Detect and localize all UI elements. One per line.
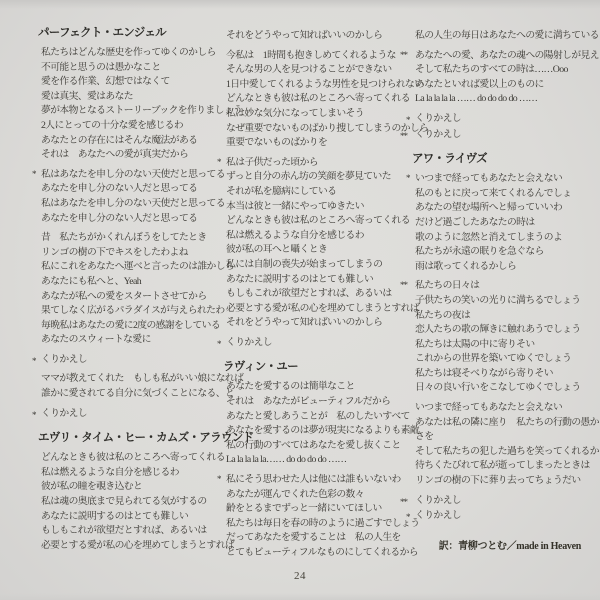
lyric-line: 私の人生の毎日はあなたへの愛に満ちている <box>415 29 595 44</box>
song-title: エヴリ・タイム・ヒー・カムズ・アラウンド <box>38 429 241 445</box>
lyric-line: 私には自制の喪失が始まってしまうの <box>226 258 426 273</box>
lyric-line: 齢をとるまでずっと一緒にいてほしい <box>226 502 426 517</box>
asterisk-marker: ** <box>400 495 407 510</box>
refrain-label: くりかえし <box>415 510 461 521</box>
lyric-line: あなたの望む場所へと帰っていいわ <box>415 201 595 216</box>
lyric-line: 私はあなたを申し分のない天使だと思ってる <box>41 168 241 183</box>
lyric-line: 私たちの日々は <box>415 279 595 294</box>
asterisk-marker: ** <box>400 50 407 60</box>
lyric-line: 果てしなく広がるパラダイスが与えられたわ <box>41 304 241 319</box>
lyric-line: それが私を臆病にしている <box>226 185 426 200</box>
lyric-line: それをどうやって知ればいいのかしら <box>226 316 426 331</box>
lyric-line: 毎晩私はあなたの愛に2度の感謝をしている <box>41 319 241 334</box>
lyric-line: 歌のように忽然と消えてしまうのよ <box>415 231 595 246</box>
lyric-line: あなたに説明するのはとても難しい <box>41 510 241 525</box>
refrain-label: くりかえし <box>415 113 461 124</box>
lyric-line: ずっと自分の赤ん坊の笑顔を夢見ていた <box>226 170 426 185</box>
lyric-line: 私たちの夜は <box>415 309 595 324</box>
lyric-line: 必要とする愛が私の心を埋めてしまうとすれば <box>226 302 426 317</box>
asterisk-marker: * <box>32 408 36 423</box>
lyric-line: リンゴの樹の下に葬り去ってちょうだい <box>415 474 595 489</box>
lyric-line: 私は魂の奥底まで見られてる気がするの <box>41 495 241 510</box>
lyric-line: 今私は 1時間も抱きしめてくれるような <box>226 49 426 64</box>
asterisk-marker: * <box>32 354 36 369</box>
lyric-line: 私は燃えるような自分を感じるわ <box>226 229 426 244</box>
stanza: 私の人生の毎日はあなたへの愛に満ちている <box>415 29 595 44</box>
lyric-line: 愛を作る作業、幻想ではなくて <box>41 75 241 90</box>
lyric-line: 私たちは寝そべりながら寄りそい <box>415 367 595 382</box>
lyric-line: どんなときも彼は私のところへ寄ってくれる <box>41 451 241 466</box>
refrain-line: *くりかえし <box>226 336 426 351</box>
lyric-line: 彼が私の瞳を覗き込むと <box>41 480 241 495</box>
stanza: **あなたへの愛、あなたの魂への陽射しが見えるそして私たちのすべての時は……Oo… <box>415 49 595 107</box>
stanza: ママが教えてくれた もしも私がいい娘になれば誰かに愛されてる自分に気づくことにな… <box>41 372 241 401</box>
lyric-line: どんなときも彼は私のところへ寄ってくれる <box>226 214 426 229</box>
lyric-line: それは あなたがビューティフルだから <box>226 395 426 410</box>
lyric-line: あなたを愛するのは簡単なこと <box>226 380 426 395</box>
lyric-line: 1日中愛してくれるような男性を見つけられない <box>226 78 426 93</box>
stanza: *私はあなたを申し分のない天使だと思ってるあなたを申し分のない人だと思ってる私は… <box>41 168 241 226</box>
stanza: **私たちの日々は子供たちの笑いの光りに満ちるでしょう私たちの夜は恋人たちの歌の… <box>415 279 595 396</box>
lyric-line: 私は燃えるような自分を感じるわ <box>41 466 241 481</box>
lyric-line: あなたを申し分のない人だと思ってる <box>41 182 241 197</box>
asterisk-marker: * <box>406 173 410 183</box>
lyric-line: そんな男の人を見つけることができない <box>226 63 426 78</box>
lyric-line: La la la la la …… do do do do …… <box>415 92 595 107</box>
lyric-line: いつまで経ってもあなたと会えない <box>415 172 595 187</box>
asterisk-marker: * <box>217 157 221 167</box>
lyric-line: 子供たちの笑いの光りに満ちるでしょう <box>415 294 595 309</box>
lyric-line: あなたにも私へと、Yeah <box>41 275 241 290</box>
asterisk-marker: * <box>32 169 36 179</box>
lyric-line: 本当は彼と一緒にやってゆきたい <box>226 200 426 215</box>
refrain-label: くりかえし <box>41 408 87 419</box>
lyric-line: 私にこれをあなたへ運べと言ったのは誰かしら <box>41 260 241 275</box>
lyric-line: あなたが運んでくれた色彩の数々 <box>226 488 426 503</box>
lyric-line: いつまで経ってもあなたと会えない <box>415 401 595 416</box>
asterisk-marker: * <box>406 510 410 525</box>
lyric-line: どんなときも彼は私のところへ寄ってくれる <box>226 92 426 107</box>
lyric-line: 雨は歌ってくれるかしら <box>415 260 595 275</box>
refrain-line: **くりかえし <box>415 494 595 509</box>
lyric-line: あなたを申し分のない人だと思ってる <box>41 212 241 227</box>
stanza: 今私は 1時間も抱きしめてくれるようなそんな男の人を見つけることができない1日中… <box>226 49 426 151</box>
page-number: 24 <box>0 570 600 582</box>
lyric-line: そして私たちのすべての時は……Ooo <box>415 63 595 78</box>
lyrics-column-2: それをどうやって知ればいいのかしら今私は 1時間も抱きしめてくれるようなそんな男… <box>226 24 426 561</box>
lyric-line: 必要とする愛が私の心を埋めてしまうとすれば <box>41 539 241 554</box>
lyric-line: 昔 私たちがかくれんぼうをしてたとき <box>41 231 241 246</box>
lyric-line: 私たちが永遠の眠りを急ぐなら <box>415 245 595 260</box>
song-title: アワ・ライヴズ <box>412 150 595 166</box>
lyric-line: 私たちはどんな歴史を作ってゆくのかしら <box>41 46 241 61</box>
lyrics-column-1: パーフェクト・エンジェル私たちはどんな歴史を作ってゆくのかしら不可能と思うのは愚… <box>41 24 241 553</box>
asterisk-marker: * <box>217 337 221 352</box>
booklet-page: パーフェクト・エンジェル私たちはどんな歴史を作ってゆくのかしら不可能と思うのは愚… <box>0 0 600 600</box>
refrain-line: *くりかえし <box>415 509 595 524</box>
lyric-line: あなたへの愛、あなたの魂への陽射しが見える <box>415 49 595 64</box>
stanza: あなたを愛するのは簡単なことそれは あなたがビューティフルだからあなたと愛しあう… <box>226 380 426 468</box>
lyric-line: あなたとの存在にはそんな魔法がある <box>41 134 241 149</box>
lyric-line: あなたのスウィートな愛に <box>41 333 241 348</box>
lyric-line: あなたと愛しあうことが 私のしたいすべて <box>226 410 426 425</box>
lyric-line: あなたが私への愛をスタートさせてから <box>41 290 241 305</box>
stanza: 私たちはどんな歴史を作ってゆくのかしら不可能と思うのは愚かなこと愛を作る作業、幻… <box>41 46 241 163</box>
lyric-line: ママが教えてくれた もしも私がいい娘になれば <box>41 372 241 387</box>
lyric-line: 夢が本物となるストーリーブックを作りましょう <box>41 104 241 119</box>
refrain-label: くりかえし <box>415 129 461 140</box>
lyric-line: とてもビューティフルなものにしてくれるから <box>226 546 426 561</box>
lyric-line: 私たちは毎日を春の時のように過ごすでしょう <box>226 517 426 532</box>
lyric-line: なぜ重要でないものばかり捜してしまうのかしら <box>226 122 426 137</box>
lyric-line: それは あなたへの愛が真実だから <box>41 148 241 163</box>
stanza: どんなときも彼は私のところへ寄ってくれる私は燃えるような自分を感じるわ彼が私の瞳… <box>41 451 241 553</box>
lyric-line: 2人にとっての十分な愛を感じるわ <box>41 119 241 134</box>
stanza: いつまで経ってもあなたと会えないあなたは私の隣に座り 私たちの行動の愚かさをそし… <box>415 401 595 489</box>
lyric-line: 彼が私の耳へと囁くとき <box>226 243 426 258</box>
stanza: *私にそう思わせた人は他には誰もいないわあなたが運んでくれた色彩の数々齢をとるま… <box>226 473 426 561</box>
lyric-line: La la la la la…… do do do do …… <box>226 453 426 468</box>
lyric-line: 誰かに愛されてる自分に気づくことになる、と <box>41 387 241 402</box>
refrain-line: *くりかえし <box>415 112 595 127</box>
translator-credit: 訳：青柳つとむ／made in Heaven <box>439 537 581 552</box>
lyric-line: もしもこれが欲望だとすれば、あるいは <box>226 287 426 302</box>
stanza: *いつまで経ってもあなたと会えない私のもとに戻って来てくれるんでしょあなたの望む… <box>415 172 595 274</box>
stanza: それをどうやって知ればいいのかしら <box>226 29 426 44</box>
refrain-line: *くりかえし <box>41 407 241 422</box>
lyric-line: 私はあなたを申し分のない天使だと思ってる <box>41 197 241 212</box>
lyric-line: だってあなたを愛することは 私の人生を <box>226 531 426 546</box>
refrain-line: *くりかえし <box>41 353 241 368</box>
lyric-line: 私は妙な気分になってしまいそう <box>226 107 426 122</box>
refrain-line: **くりかえし <box>415 128 595 143</box>
lyric-line: リンゴの樹の下でキスをしたわよね <box>41 246 241 261</box>
lyric-line: 日々の良い行いをこなしてゆくでしょう <box>415 381 595 396</box>
lyric-line: 恋人たちの歌の輝きに触れあうでしょう <box>415 323 595 338</box>
lyric-line: 私のもとに戻って来てくれるんでしょ <box>415 187 595 202</box>
stanza: *私は子供だった頃からずっと自分の赤ん坊の笑顔を夢見ていたそれが私を臆病にしてい… <box>226 156 426 331</box>
asterisk-marker: * <box>217 474 221 484</box>
lyric-line: 待ちくたびれて私が逝ってしまったときは <box>415 459 595 474</box>
lyric-line: そして私たちの犯した過ちを笑ってくれるかしら <box>415 445 595 460</box>
song-title: ラヴィン・ユー <box>223 358 426 374</box>
stanza: 昔 私たちがかくれんぼうをしてたときリンゴの樹の下でキスをしたわよね私にこれをあ… <box>41 231 241 348</box>
lyric-line: 私にそう思わせた人は他には誰もいないわ <box>226 473 426 488</box>
lyrics-column-3: 私の人生の毎日はあなたへの愛に満ちている**あなたへの愛、あなたの魂への陽射しが… <box>415 24 595 524</box>
lyric-line: それをどうやって知ればいいのかしら <box>226 29 426 44</box>
song-title: パーフェクト・エンジェル <box>38 24 241 40</box>
lyric-line: これからの世界を築いてゆくでしょう <box>415 352 595 367</box>
lyric-line: さを <box>415 430 595 445</box>
lyric-line: 愛は真実、愛はあなた <box>41 90 241 105</box>
lyric-line: 私は子供だった頃から <box>226 156 426 171</box>
lyric-line: あなたは私の隣に座り 私たちの行動の愚か <box>415 416 595 431</box>
lyric-line: だけど過ごしたあなたの時は <box>415 216 595 231</box>
refrain-label: くりかえし <box>415 495 461 506</box>
asterisk-marker: ** <box>400 129 407 144</box>
lyric-line: 私の行動のすべてはあなたを愛し抜くこと <box>226 439 426 454</box>
refrain-label: くりかえし <box>41 354 87 365</box>
lyric-line: あなたといれば愛以上のものに <box>415 78 595 93</box>
refrain-label: くりかえし <box>226 337 272 348</box>
lyric-line: あなたを愛するのは夢が現実になるよりも素敵 <box>226 424 426 439</box>
lyric-line: 重要でないものばかりを <box>226 136 426 151</box>
lyric-line: もしもこれが欲望だとすれば、あるいは <box>41 524 241 539</box>
lyric-line: あなたに説明するのはとても難しい <box>226 273 426 288</box>
asterisk-marker: ** <box>400 280 407 290</box>
lyric-line: 私たちは太陽の中に寄りそい <box>415 338 595 353</box>
asterisk-marker: * <box>406 113 410 128</box>
lyric-line: 不可能と思うのは愚かなこと <box>41 61 241 76</box>
